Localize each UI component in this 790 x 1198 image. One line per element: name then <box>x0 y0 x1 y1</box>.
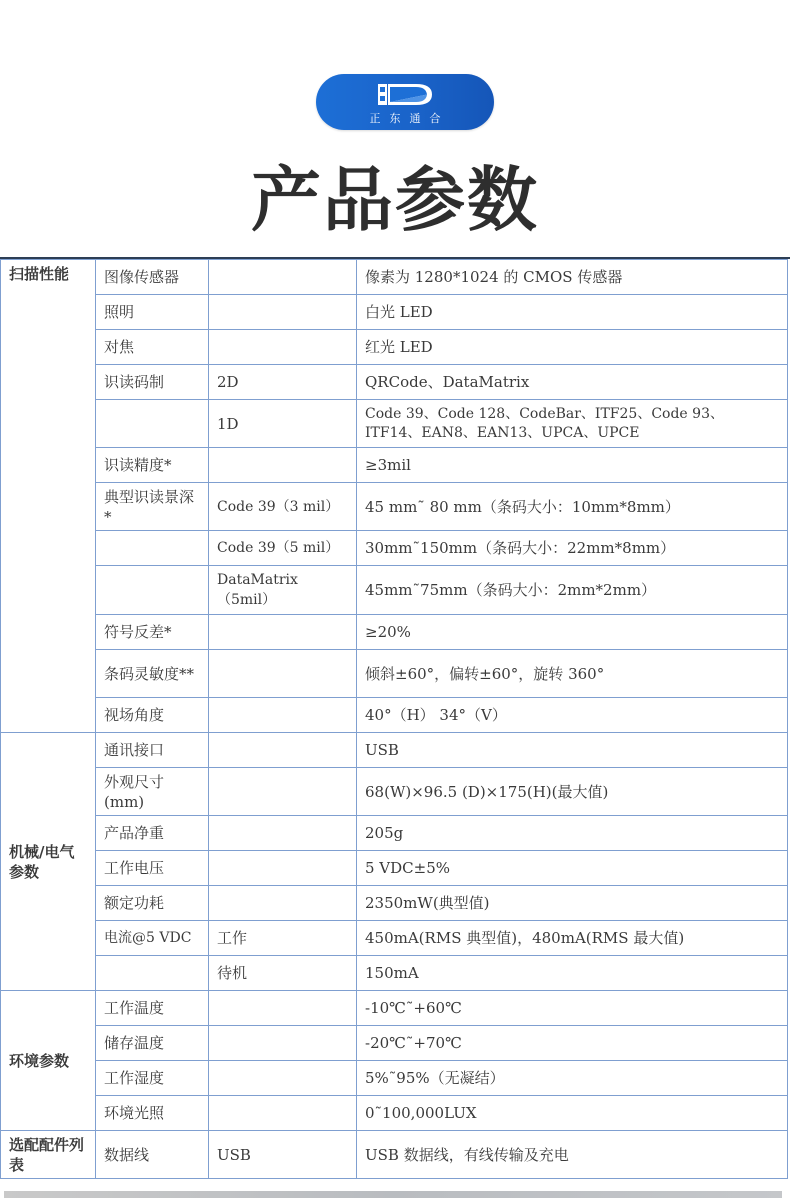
param-value: 0˜100,000LUX <box>357 1096 788 1131</box>
param-label: 图像传感器 <box>96 260 209 295</box>
param-value: 5 VDC±5% <box>357 851 788 886</box>
table-row: 扫描性能 图像传感器 像素为 1280*1024 的 CMOS 传感器 <box>1 260 788 295</box>
table-row: Code 39（5 mil） 30mm˜150mm（条码大小：22mm*8mm） <box>1 531 788 566</box>
param-label: 工作湿度 <box>96 1061 209 1096</box>
param-value: 5%˜95%（无凝结） <box>357 1061 788 1096</box>
table-row: 电流@5 VDC 工作 450mA(RMS 典型值)，480mA(RMS 最大值… <box>1 921 788 956</box>
param-label: 工作温度 <box>96 991 209 1026</box>
param-sub <box>209 448 357 483</box>
param-value: -10℃˜+60℃ <box>357 991 788 1026</box>
param-label: 额定功耗 <box>96 886 209 921</box>
param-sub <box>209 1096 357 1131</box>
param-sub: Code 39（5 mil） <box>209 531 357 566</box>
param-label <box>96 566 209 615</box>
table-row: 对焦 红光 LED <box>1 330 788 365</box>
param-value: 40°（H） 34°（V） <box>357 698 788 733</box>
param-sub <box>209 260 357 295</box>
spec-table: 扫描性能 图像传感器 像素为 1280*1024 的 CMOS 传感器 照明 白… <box>0 259 788 1179</box>
table-row: 条码灵敏度** 倾斜±60°，偏转±60°，旋转 360° <box>1 650 788 698</box>
param-sub <box>209 733 357 768</box>
group-mechanical-electrical: 机械/电气参数 <box>1 733 96 991</box>
param-sub <box>209 851 357 886</box>
param-sub: DataMatrix（5mil） <box>209 566 357 615</box>
param-sub: 2D <box>209 365 357 400</box>
param-sub <box>209 330 357 365</box>
table-row: DataMatrix（5mil） 45mm˜75mm（条码大小：2mm*2mm） <box>1 566 788 615</box>
param-value: -20℃˜+70℃ <box>357 1026 788 1061</box>
table-row: 符号反差* ≥20% <box>1 615 788 650</box>
table-row: 工作电压 5 VDC±5% <box>1 851 788 886</box>
param-label: 视场角度 <box>96 698 209 733</box>
param-label: 条码灵敏度** <box>96 650 209 698</box>
param-sub: 待机 <box>209 956 357 991</box>
group-environment: 环境参数 <box>1 991 96 1131</box>
table-row: 外观尺寸(mm) 68(W)×96.5 (D)×175(H)(最大值) <box>1 768 788 816</box>
table-row: 环境参数 工作温度 -10℃˜+60℃ <box>1 991 788 1026</box>
param-value: ≥3mil <box>357 448 788 483</box>
table-row: 选配配件列表 数据线 USB USB 数据线，有线传输及充电 <box>1 1131 788 1179</box>
table-row: 待机 150mA <box>1 956 788 991</box>
param-sub <box>209 615 357 650</box>
param-label: 对焦 <box>96 330 209 365</box>
param-label: 通讯接口 <box>96 733 209 768</box>
param-value: 45 mm˜ 80 mm（条码大小：10mm*8mm） <box>357 483 788 531</box>
param-value: ≥20% <box>357 615 788 650</box>
param-sub: Code 39（3 mil） <box>209 483 357 531</box>
table-row: 工作湿度 5%˜95%（无凝结） <box>1 1061 788 1096</box>
param-label: 产品净重 <box>96 816 209 851</box>
param-value: 450mA(RMS 典型值)，480mA(RMS 最大值) <box>357 921 788 956</box>
brand-emblem-icon <box>376 81 434 109</box>
table-row: 典型识读景深* Code 39（3 mil） 45 mm˜ 80 mm（条码大小… <box>1 483 788 531</box>
table-row: 识读码制 2D QRCode、DataMatrix <box>1 365 788 400</box>
param-value: 150mA <box>357 956 788 991</box>
param-label: 识读码制 <box>96 365 209 400</box>
page-title: 产品参数 <box>0 156 790 244</box>
param-label: 照明 <box>96 295 209 330</box>
param-sub: 1D <box>209 400 357 448</box>
param-sub <box>209 1026 357 1061</box>
param-value: 30mm˜150mm（条码大小：22mm*8mm） <box>357 531 788 566</box>
table-row: 1D Code 39、Code 128、CodeBar、ITF25、Code 9… <box>1 400 788 448</box>
param-sub <box>209 886 357 921</box>
table-row: 额定功耗 2350mW(典型值) <box>1 886 788 921</box>
param-sub <box>209 768 357 816</box>
param-value: USB 数据线，有线传输及充电 <box>357 1131 788 1179</box>
param-sub <box>209 698 357 733</box>
table-row: 环境光照 0˜100,000LUX <box>1 1096 788 1131</box>
param-label <box>96 956 209 991</box>
param-value: 像素为 1280*1024 的 CMOS 传感器 <box>357 260 788 295</box>
param-label: 识读精度* <box>96 448 209 483</box>
param-value: Code 39、Code 128、CodeBar、ITF25、Code 93、I… <box>357 400 788 448</box>
param-label: 电流@5 VDC <box>96 921 209 956</box>
param-label: 数据线 <box>96 1131 209 1179</box>
brand-logo: 正东通合 <box>316 74 494 130</box>
param-label: 环境光照 <box>96 1096 209 1131</box>
table-row: 产品净重 205g <box>1 816 788 851</box>
param-sub <box>209 816 357 851</box>
group-scan-performance: 扫描性能 <box>1 260 96 733</box>
param-label: 工作电压 <box>96 851 209 886</box>
brand-name: 正东通合 <box>316 110 494 126</box>
table-row: 储存温度 -20℃˜+70℃ <box>1 1026 788 1061</box>
table-row: 机械/电气参数 通讯接口 USB <box>1 733 788 768</box>
param-label: 储存温度 <box>96 1026 209 1061</box>
table-row: 识读精度* ≥3mil <box>1 448 788 483</box>
param-value: 45mm˜75mm（条码大小：2mm*2mm） <box>357 566 788 615</box>
group-optional-accessories: 选配配件列表 <box>1 1131 96 1179</box>
bottom-divider <box>4 1191 782 1198</box>
param-label: 外观尺寸(mm) <box>96 768 209 816</box>
param-value: 白光 LED <box>357 295 788 330</box>
param-sub: 工作 <box>209 921 357 956</box>
param-value: 68(W)×96.5 (D)×175(H)(最大值) <box>357 768 788 816</box>
param-label <box>96 400 209 448</box>
param-label <box>96 531 209 566</box>
param-sub <box>209 650 357 698</box>
param-sub: USB <box>209 1131 357 1179</box>
param-value: 2350mW(典型值) <box>357 886 788 921</box>
param-sub <box>209 295 357 330</box>
param-value: 倾斜±60°，偏转±60°，旋转 360° <box>357 650 788 698</box>
param-label: 典型识读景深* <box>96 483 209 531</box>
param-sub <box>209 991 357 1026</box>
table-row: 视场角度 40°（H） 34°（V） <box>1 698 788 733</box>
param-label: 符号反差* <box>96 615 209 650</box>
param-value: 红光 LED <box>357 330 788 365</box>
table-row: 照明 白光 LED <box>1 295 788 330</box>
param-value: USB <box>357 733 788 768</box>
param-value: 205g <box>357 816 788 851</box>
param-sub <box>209 1061 357 1096</box>
param-value: QRCode、DataMatrix <box>357 365 788 400</box>
